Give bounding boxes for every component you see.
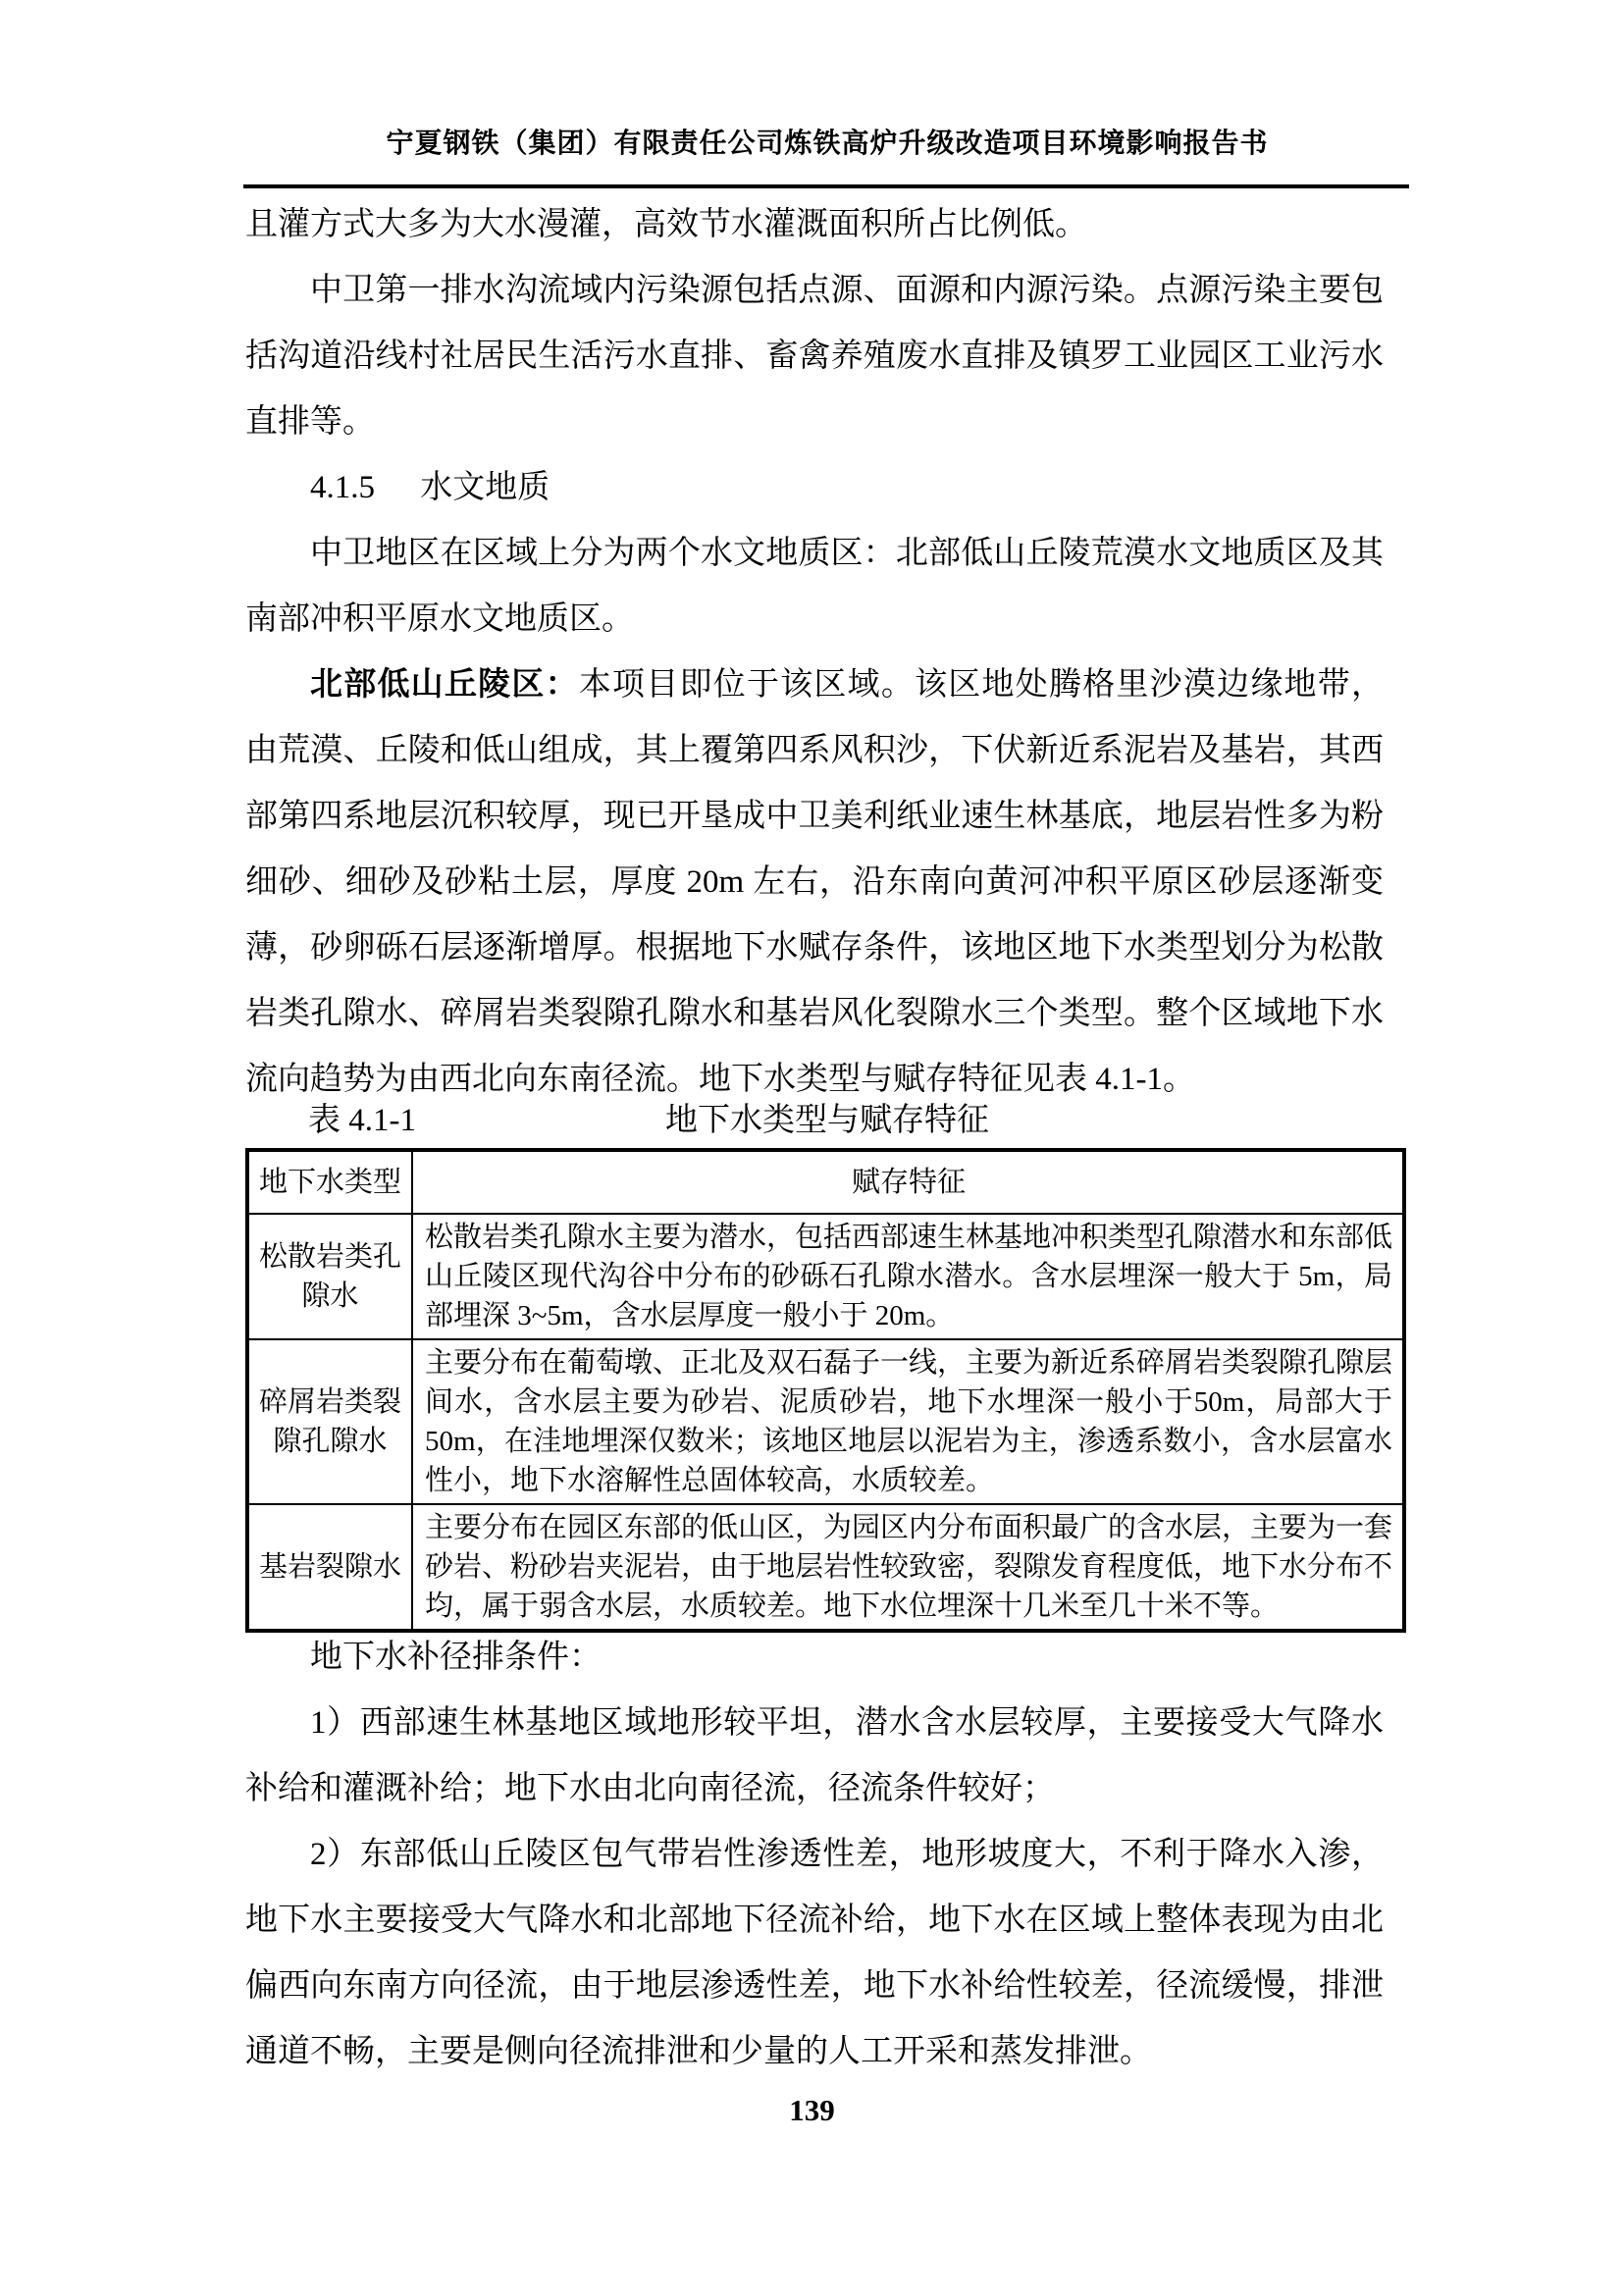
paragraph-north-hills-body: 本项目即位于该区域。该区地处腾格里沙漠边缘地带， 由荒漠、丘陵和低山组成，其上覆… bbox=[245, 667, 1384, 1097]
document-page: 宁夏钢铁（集团）有限责任公司炼铁高炉升级改造项目环境影响报告书 且灌方式大多为大… bbox=[0, 0, 1624, 2295]
page-number: 139 bbox=[0, 2086, 1624, 2135]
section-number: 4.1.5 bbox=[310, 470, 375, 505]
table-cell-type: 基岩裂隙水 bbox=[247, 1504, 412, 1631]
paragraph-bold-lead: 北部低山丘陵区： bbox=[310, 667, 579, 703]
table-cell-type: 松散岩类孔隙水 bbox=[247, 1214, 412, 1339]
groundwater-types-table: 地下水类型 赋存特征 松散岩类孔隙水 松散岩类孔隙水主要为潜水，包括西部速生林基… bbox=[245, 1148, 1406, 1633]
header-rule bbox=[243, 184, 1409, 188]
table-caption-title: 地下水类型与赋存特征 bbox=[665, 1103, 989, 1138]
table-row: 基岩裂隙水 主要分布在园区东部的低山区，为园区内分布面积最广的含水层，主要为一套… bbox=[247, 1504, 1404, 1631]
paragraph-irrigation-continuation: 且灌方式大多为大水漫灌，高效节水灌溉面积所占比例低。 bbox=[245, 192, 1384, 258]
section-heading-4-1-5: 4.1.5 水文地质 bbox=[245, 455, 1384, 521]
table-cell-feature: 松散岩类孔隙水主要为潜水，包括西部速生林基地冲积类型孔隙潜水和东部低山丘陵区现代… bbox=[412, 1214, 1404, 1339]
table-caption-label: 表 4.1-1 bbox=[308, 1095, 416, 1146]
paragraph-hydrogeology-regions: 中卫地区在区域上分为两个水文地质区：北部低山丘陵荒漠水文地质区及其南部冲积平原水… bbox=[245, 521, 1384, 652]
table-cell-feature: 主要分布在园区东部的低山区，为园区内分布面积最广的含水层，主要为一套砂岩、粉砂岩… bbox=[412, 1504, 1404, 1631]
table-cell-type: 碎屑岩类裂隙孔隙水 bbox=[247, 1339, 412, 1504]
paragraph-item-1: 1）西部速生林基地区域地形较平坦，潜水含水层较厚，主要接受大气降水补给和灌溉补给… bbox=[245, 1691, 1384, 1822]
table-header-type: 地下水类型 bbox=[247, 1150, 412, 1214]
paragraph-north-hills: 北部低山丘陵区：本项目即位于该区域。该区地处腾格里沙漠边缘地带， 由荒漠、丘陵和… bbox=[245, 652, 1384, 1113]
table-caption: 表 4.1-1 地下水类型与赋存特征 bbox=[245, 1095, 1409, 1146]
table-header-row: 地下水类型 赋存特征 bbox=[247, 1150, 1404, 1214]
paragraph-item-2: 2）东部低山丘陵区包气带岩性渗透性差，地形坡度大，不利于降水入渗，地下水主要接受… bbox=[245, 1822, 1384, 2085]
paragraph-recharge-conditions-title: 地下水补径排条件： bbox=[245, 1625, 1384, 1691]
table-header-feature: 赋存特征 bbox=[412, 1150, 1404, 1214]
table-row: 松散岩类孔隙水 松散岩类孔隙水主要为潜水，包括西部速生林基地冲积类型孔隙潜水和东… bbox=[247, 1214, 1404, 1339]
paragraph-pollution-sources: 中卫第一排水沟流域内污染源包括点源、面源和内源污染。点源污染主要包括沟道沿线村社… bbox=[245, 258, 1384, 455]
body-text-block: 且灌方式大多为大水漫灌，高效节水灌溉面积所占比例低。 中卫第一排水沟流域内污染源… bbox=[245, 192, 1384, 1113]
table-cell-feature: 主要分布在葡萄墩、正北及双石磊子一线，主要为新近系碎屑岩类裂隙孔隙层间水，含水层… bbox=[412, 1339, 1404, 1504]
running-header-title: 宁夏钢铁（集团）有限责任公司炼铁高炉升级改造项目环境影响报告书 bbox=[245, 122, 1409, 161]
section-title: 水文地质 bbox=[420, 470, 550, 505]
table-row: 碎屑岩类裂隙孔隙水 主要分布在葡萄墩、正北及双石磊子一线，主要为新近系碎屑岩类裂… bbox=[247, 1339, 1404, 1504]
after-table-text-block: 地下水补径排条件： 1）西部速生林基地区域地形较平坦，潜水含水层较厚，主要接受大… bbox=[245, 1625, 1384, 2085]
